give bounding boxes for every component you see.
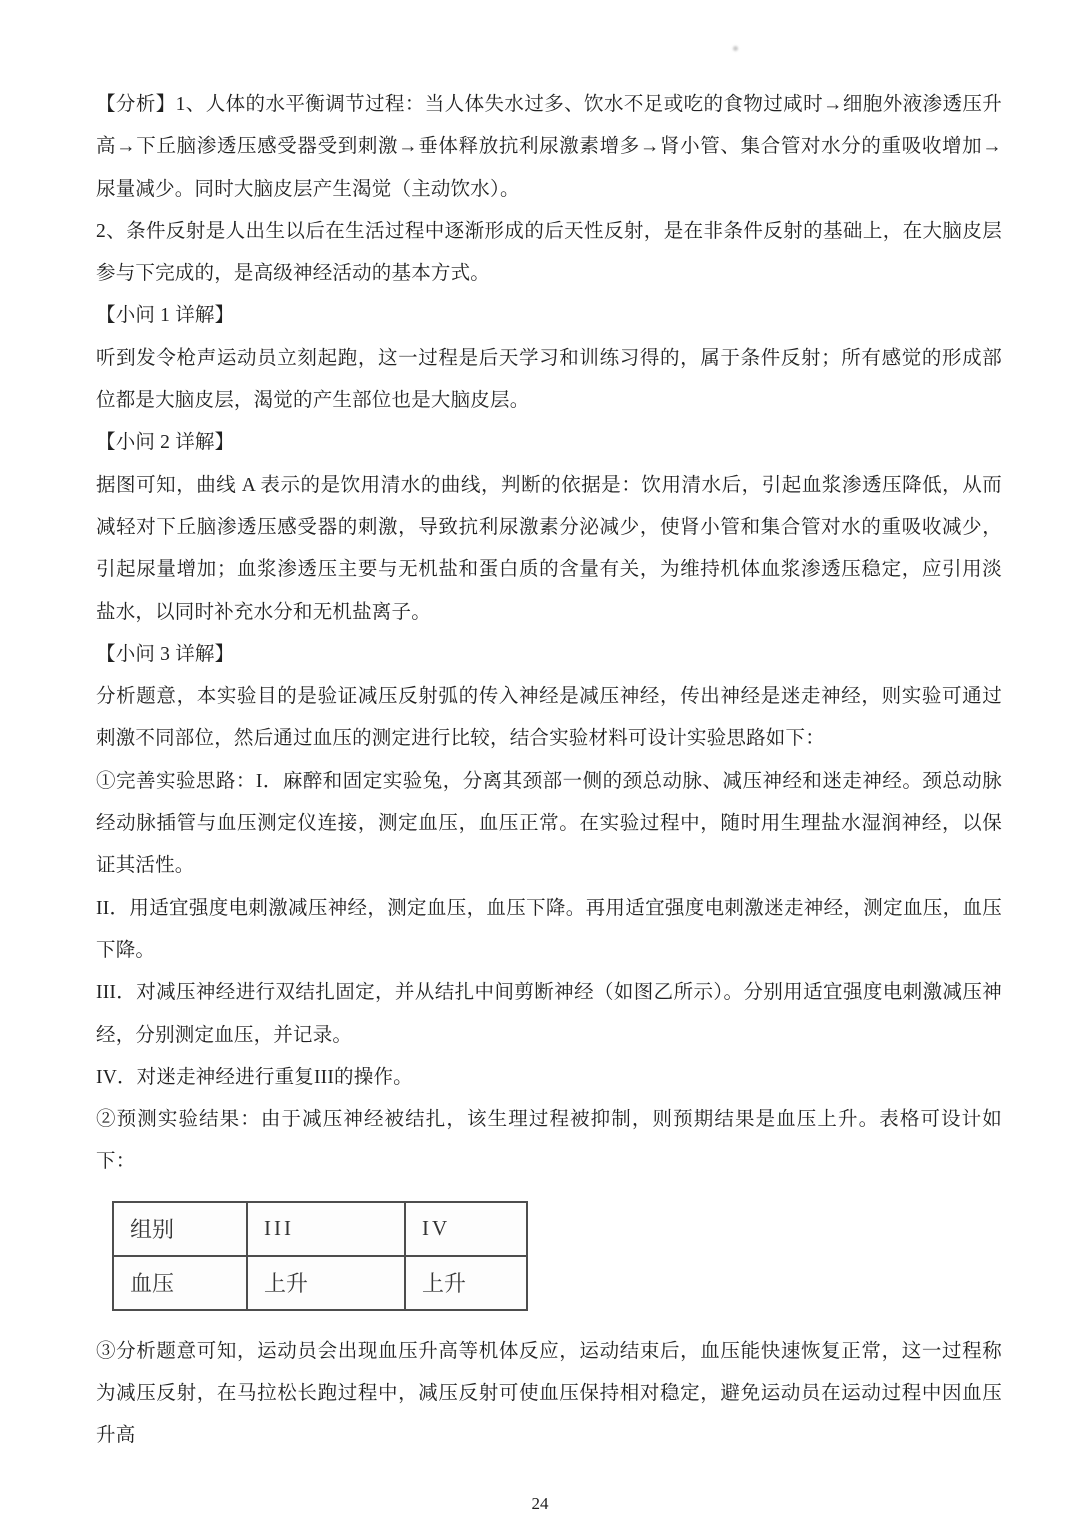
- result-table-value-row: 血压 上升 上升: [113, 1256, 527, 1310]
- subquestion-2-body: 据图可知，曲线 A 表示的是饮用清水的曲线，判断的依据是：饮用清水后，引起血浆渗…: [96, 465, 1002, 634]
- subquestion-3-intro: 分析题意，本实验目的是验证减压反射弧的传入神经是减压神经，传出神经是迷走神经，则…: [96, 676, 1002, 761]
- table-cell-bp-iii: 上升: [247, 1256, 405, 1310]
- subquestion-1-heading: 【小问 1 详解】: [96, 295, 1002, 337]
- table-cell-bp-label: 血压: [113, 1256, 247, 1310]
- result-table: 组别 III IV 血压 上升 上升: [112, 1201, 528, 1311]
- subquestion-3-heading: 【小问 3 详解】: [96, 634, 1002, 676]
- answer-explanation-body: 【分析】1、人体的水平衡调节过程：当人体失水过多、饮水不足或吃的食物过咸时→细胞…: [96, 84, 1002, 1458]
- table-cell-group-iv: IV: [405, 1202, 527, 1256]
- experiment-step-4: IV．对迷走神经进行重复III的操作。: [96, 1057, 1002, 1099]
- experiment-step-2: II．用适宜强度电刺激减压神经，测定血压，血压下降。再用适宜强度电刺激迷走神经，…: [96, 888, 1002, 973]
- page-number: 24: [0, 1494, 1080, 1514]
- subquestion-1-body: 听到发令枪声运动员立刻起跑，这一过程是后天学习和训练习得的，属于条件反射；所有感…: [96, 338, 1002, 423]
- predicted-result-paragraph: ②预测实验结果：由于减压神经被结扎，该生理过程被抑制，则预期结果是血压上升。表格…: [96, 1099, 1002, 1184]
- analysis-paragraph-2: 2、条件反射是人出生以后在生活过程中逐渐形成的后天性反射，是在非条件反射的基础上…: [96, 211, 1002, 296]
- table-cell-bp-iv: 上升: [405, 1256, 527, 1310]
- analysis-paragraph-1: 【分析】1、人体的水平衡调节过程：当人体失水过多、饮水不足或吃的食物过咸时→细胞…: [96, 84, 1002, 211]
- table-cell-group-iii: III: [247, 1202, 405, 1256]
- table-cell-group-label: 组别: [113, 1202, 247, 1256]
- experiment-step-3: III．对减压神经进行双结扎固定，并从结扎中间剪断神经（如图乙所示）。分别用适宜…: [96, 972, 1002, 1057]
- document-page: 【分析】1、人体的水平衡调节过程：当人体失水过多、饮水不足或吃的食物过咸时→细胞…: [0, 0, 1080, 1527]
- subquestion-2-heading: 【小问 2 详解】: [96, 422, 1002, 464]
- result-table-header-row: 组别 III IV: [113, 1202, 527, 1256]
- experiment-step-1: ①完善实验思路：I．麻醉和固定实验兔，分离其颈部一侧的颈总动脉、减压神经和迷走神…: [96, 761, 1002, 888]
- speck-mark: [733, 46, 738, 51]
- conclusion-paragraph: ③分析题意可知，运动员会出现血压升高等机体反应，运动结束后，血压能快速恢复正常，…: [96, 1331, 1002, 1458]
